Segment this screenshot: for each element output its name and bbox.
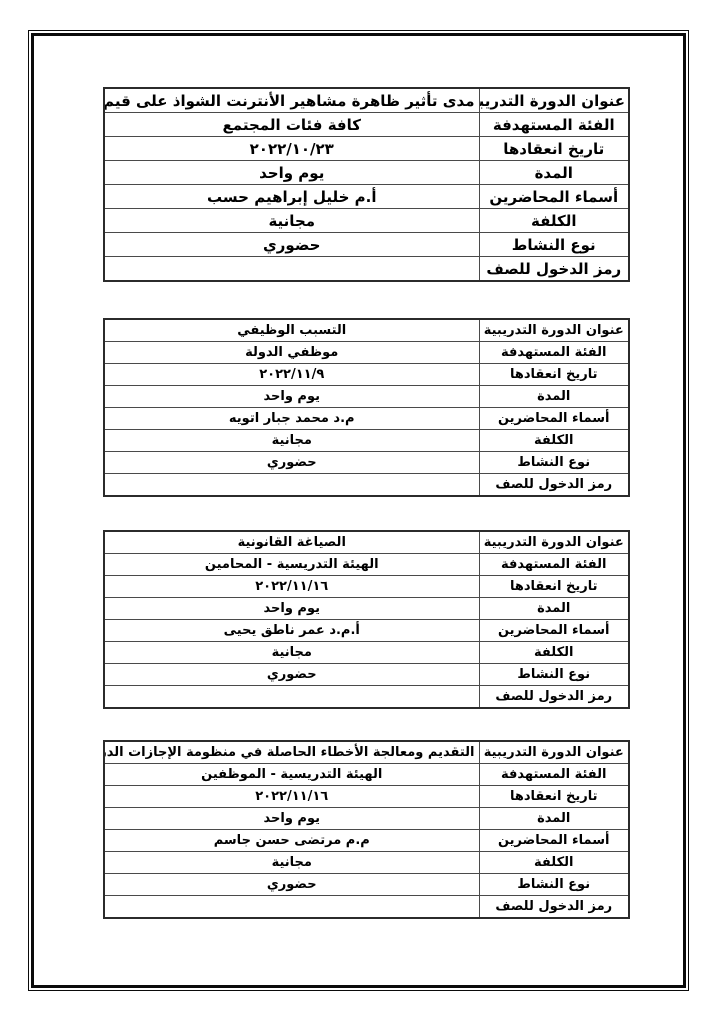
table-row: تاريخ انعقادها٢٠٢٢/١١/٩ (104, 364, 629, 386)
row-value: م.د محمد جبار اتويه (104, 408, 479, 430)
row-label: رمز الدخول للصف (479, 686, 629, 709)
row-value: يوم واحد (104, 161, 479, 185)
row-label: المدة (479, 598, 629, 620)
table-row: المدةيوم واحد (104, 598, 629, 620)
table-row: الفئة المستهدفةموظفي الدولة (104, 342, 629, 364)
row-value: ٢٠٢٢/١١/١٦ (104, 576, 479, 598)
row-label: تاريخ انعقادها (479, 137, 629, 161)
row-value: حضوري (104, 874, 479, 896)
row-label: أسماء المحاضرين (479, 620, 629, 642)
row-value (104, 896, 479, 919)
table-row: تاريخ انعقادها٢٠٢٢/١١/١٦ (104, 786, 629, 808)
row-label: نوع النشاط (479, 874, 629, 896)
table-row: أسماء المحاضرينم.م مرتضى حسن جاسم (104, 830, 629, 852)
row-value: الهيئة التدريسية - الموظفين (104, 764, 479, 786)
row-value: التقديم ومعالجة الأخطاء الحاصلة في منظوم… (104, 741, 479, 764)
table-row: رمز الدخول للصف (104, 686, 629, 709)
row-value: أ.م خليل إبراهيم حسب (104, 185, 479, 209)
row-value (104, 257, 479, 282)
row-label: الفئة المستهدفة (479, 342, 629, 364)
row-label: نوع النشاط (479, 233, 629, 257)
row-value: الصياغة القانونية (104, 531, 479, 554)
row-label: تاريخ انعقادها (479, 786, 629, 808)
row-label: رمز الدخول للصف (479, 896, 629, 919)
table-row: أسماء المحاضرينم.د محمد جبار اتويه (104, 408, 629, 430)
table-row: رمز الدخول للصف (104, 257, 629, 282)
row-value: مجانية (104, 642, 479, 664)
table-row: الفئة المستهدفةالهيئة التدريسية - المحام… (104, 554, 629, 576)
table-row: رمز الدخول للصف (104, 474, 629, 497)
row-value: يوم واحد (104, 598, 479, 620)
table-row: المدةيوم واحد (104, 808, 629, 830)
row-label: عنوان الدورة التدريبية (479, 88, 629, 113)
table-row: نوع النشاطحضوري (104, 664, 629, 686)
row-value: أ.م.د عمر ناطق يحيى (104, 620, 479, 642)
row-label: الكلفة (479, 852, 629, 874)
row-value: الهيئة التدريسية - المحامين (104, 554, 479, 576)
row-label: عنوان الدورة التدريبية (479, 319, 629, 342)
table-row: عنوان الدورة التدريبيةالصياغة القانونية (104, 531, 629, 554)
row-value: حضوري (104, 664, 479, 686)
table-row: المدةيوم واحد (104, 386, 629, 408)
table-row: أسماء المحاضرينأ.م.د عمر ناطق يحيى (104, 620, 629, 642)
row-label: أسماء المحاضرين (479, 408, 629, 430)
table-row: عنوان الدورة التدريبيةالتقديم ومعالجة ال… (104, 741, 629, 764)
document-page: { "page": { "background_color": "#ffffff… (0, 0, 724, 1024)
row-label: أسماء المحاضرين (479, 185, 629, 209)
row-value: حضوري (104, 233, 479, 257)
row-label: رمز الدخول للصف (479, 257, 629, 282)
row-value: كافة فئات المجتمع (104, 113, 479, 137)
row-value: موظفي الدولة (104, 342, 479, 364)
row-value: ٢٠٢٢/١١/١٦ (104, 786, 479, 808)
table-row: الكلفةمجانية (104, 852, 629, 874)
row-value: مجانية (104, 209, 479, 233)
row-label: الفئة المستهدفة (479, 764, 629, 786)
row-value: ٢٠٢٢/١١/٩ (104, 364, 479, 386)
row-label: رمز الدخول للصف (479, 474, 629, 497)
row-value (104, 686, 479, 709)
row-label: عنوان الدورة التدريبية (479, 741, 629, 764)
row-value: التسبب الوظيفي (104, 319, 479, 342)
row-value: ٢٠٢٢/١٠/٢٣ (104, 137, 479, 161)
course-table: عنوان الدورة التدريبيةالصياغة القانونيةا… (103, 530, 630, 709)
table-row: الفئة المستهدفةالهيئة التدريسية - الموظف… (104, 764, 629, 786)
row-value: مجانية (104, 852, 479, 874)
row-label: عنوان الدورة التدريبية (479, 531, 629, 554)
row-value: مدى تأثير ظاهرة مشاهير الأنترنت الشواذ ع… (104, 88, 479, 113)
row-label: تاريخ انعقادها (479, 576, 629, 598)
table-row: الكلفةمجانية (104, 642, 629, 664)
row-label: المدة (479, 161, 629, 185)
table-row: الكلفةمجانية (104, 430, 629, 452)
table-row: الفئة المستهدفةكافة فئات المجتمع (104, 113, 629, 137)
row-label: الفئة المستهدفة (479, 113, 629, 137)
row-value: مجانية (104, 430, 479, 452)
row-value: م.م مرتضى حسن جاسم (104, 830, 479, 852)
row-label: المدة (479, 808, 629, 830)
row-label: الكلفة (479, 209, 629, 233)
row-value: يوم واحد (104, 808, 479, 830)
table-row: نوع النشاطحضوري (104, 233, 629, 257)
table-row: تاريخ انعقادها٢٠٢٢/١١/١٦ (104, 576, 629, 598)
row-label: الكلفة (479, 642, 629, 664)
row-label: الكلفة (479, 430, 629, 452)
table-row: عنوان الدورة التدريبيةمدى تأثير ظاهرة مش… (104, 88, 629, 113)
table-row: عنوان الدورة التدريبيةالتسبب الوظيفي (104, 319, 629, 342)
table-row: أسماء المحاضرينأ.م خليل إبراهيم حسب (104, 185, 629, 209)
row-value: يوم واحد (104, 386, 479, 408)
row-value: حضوري (104, 452, 479, 474)
row-value (104, 474, 479, 497)
course-table: عنوان الدورة التدريبيةمدى تأثير ظاهرة مش… (103, 87, 630, 282)
table-row: نوع النشاطحضوري (104, 452, 629, 474)
row-label: الفئة المستهدفة (479, 554, 629, 576)
table-row: تاريخ انعقادها٢٠٢٢/١٠/٢٣ (104, 137, 629, 161)
table-row: نوع النشاطحضوري (104, 874, 629, 896)
table-row: المدةيوم واحد (104, 161, 629, 185)
table-row: رمز الدخول للصف (104, 896, 629, 919)
row-label: نوع النشاط (479, 452, 629, 474)
table-row: الكلفةمجانية (104, 209, 629, 233)
course-table: عنوان الدورة التدريبيةالتسبب الوظيفيالفئ… (103, 318, 630, 497)
row-label: نوع النشاط (479, 664, 629, 686)
row-label: تاريخ انعقادها (479, 364, 629, 386)
course-table: عنوان الدورة التدريبيةالتقديم ومعالجة ال… (103, 740, 630, 919)
row-label: أسماء المحاضرين (479, 830, 629, 852)
row-label: المدة (479, 386, 629, 408)
